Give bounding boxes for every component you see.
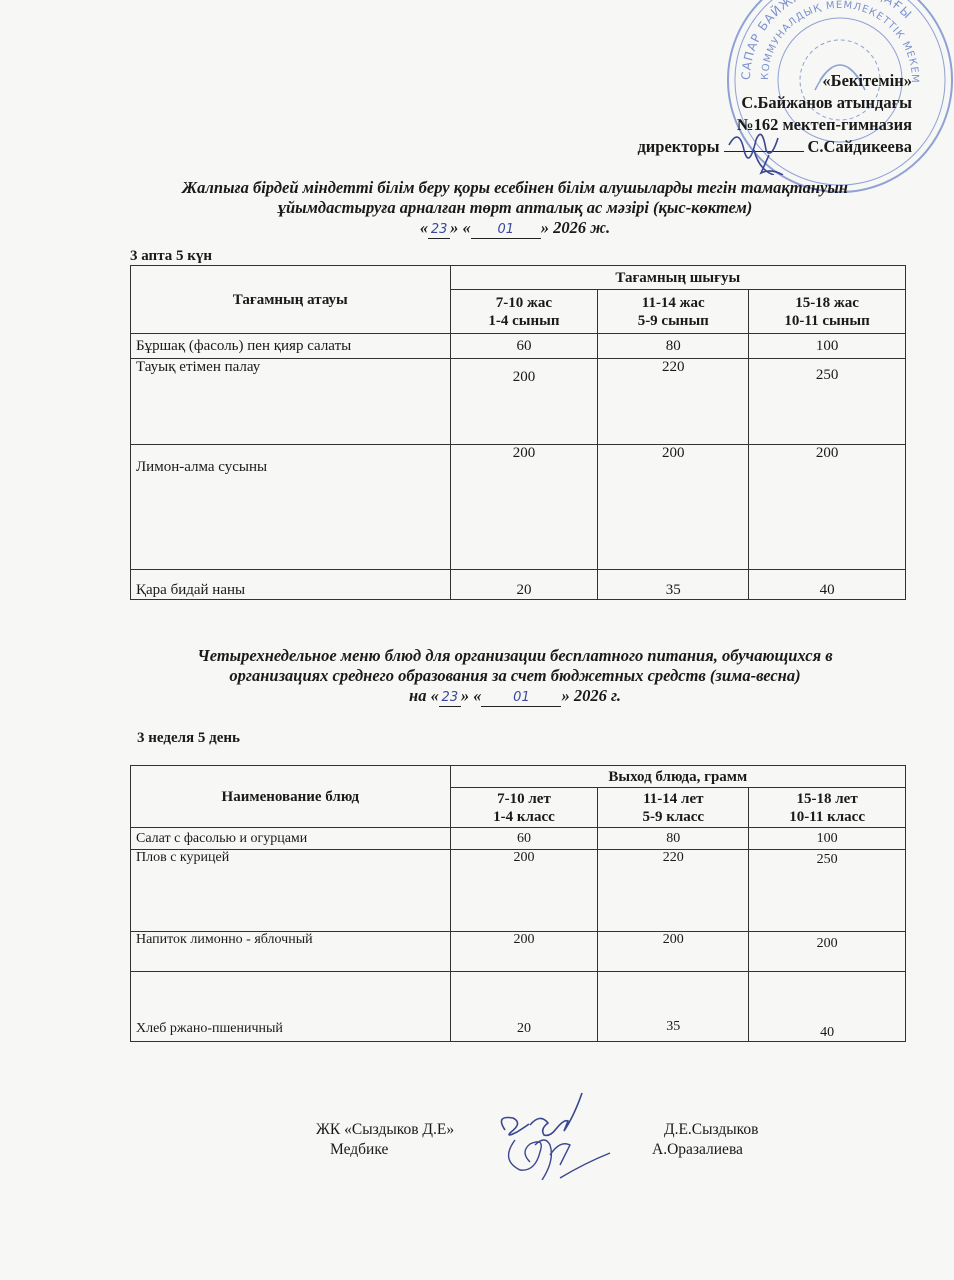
kazakh-week-day: 3 апта 5 күн: [130, 248, 212, 265]
russian-date: на «23» «01» 2026 г.: [120, 686, 910, 707]
table-row: Қара бидай наны 20 35 40: [131, 570, 906, 600]
col-age-15-18: 15-18 жас10-11 сынып: [749, 290, 906, 334]
russian-week-day: 3 неделя 5 день: [137, 730, 240, 747]
russian-menu-table: Наименование блюд Выход блюда, грамм 7-1…: [130, 765, 906, 1042]
portion-value: 40: [749, 570, 906, 600]
russian-title-line-1: Четырехнедельное меню блюд для организац…: [120, 646, 910, 666]
kazakh-menu-table: Тағамның атауы Тағамның шығуы 7-10 жас1-…: [130, 265, 906, 600]
col-age-15-18: 15-18 лет10-11 класс: [749, 788, 906, 828]
col-age-11-14: 11-14 лет5-9 класс: [598, 788, 749, 828]
table-row: Напиток лимонно - яблочный 200 200 200: [131, 932, 906, 972]
dish-name: Тауық етімен палау: [131, 359, 451, 445]
table-row: Плов с курицей 200 220 250: [131, 850, 906, 932]
footer-org: ЖК «Сыздыков Д.Е»: [316, 1120, 454, 1140]
russian-title-line-2: организациях среднего образования за сче…: [120, 666, 910, 686]
portion-value: 60: [450, 334, 598, 359]
portion-value: 60: [450, 828, 598, 850]
portion-value: 200: [450, 850, 598, 932]
table-row: Хлеб ржано-пшеничный 20 35 40: [131, 972, 906, 1042]
date-quote: » «: [450, 218, 471, 237]
kazakh-title: Жалпыға бірдей міндетті білім беру қоры …: [120, 178, 910, 239]
table-row: Салат с фасолью и огурцами 60 80 100: [131, 828, 906, 850]
approval-heading: «Бекітемін»: [637, 70, 912, 92]
portion-value: 80: [598, 334, 749, 359]
portion-value: 35: [598, 972, 749, 1042]
kazakh-title-line-1: Жалпыға бірдей міндетті білім беру қоры …: [120, 178, 910, 198]
portion-value: 200: [749, 932, 906, 972]
kazakh-title-line-2: ұйымдастыруға арналған төрт апталық ас м…: [120, 198, 910, 218]
dish-name: Лимон-алма сусыны: [131, 445, 451, 570]
dish-name: Қара бидай наны: [131, 570, 451, 600]
kazakh-date: «23» «01» 2026 ж.: [120, 218, 910, 239]
approval-director-name: С.Сайдикеева: [808, 137, 912, 156]
portion-value: 200: [450, 359, 598, 445]
footer-left: ЖК «Сыздыков Д.Е» Медбике: [316, 1120, 454, 1160]
date-quote: » «: [461, 686, 482, 705]
col-output-group: Тағамның шығуы: [450, 266, 905, 290]
kazakh-date-day: 23: [428, 222, 450, 239]
portion-value: 100: [749, 334, 906, 359]
russian-title: Четырехнедельное меню блюд для организац…: [120, 646, 910, 707]
col-age-11-14: 11-14 жас5-9 сынып: [598, 290, 749, 334]
col-age-7-10: 7-10 лет1-4 класс: [450, 788, 598, 828]
approval-school-name: С.Байжанов атындағы: [637, 92, 912, 114]
kazakh-date-month: 01: [471, 222, 541, 239]
portion-value: 250: [749, 850, 906, 932]
russian-date-day: 23: [439, 690, 461, 707]
dish-name: Салат с фасолью и огурцами: [131, 828, 451, 850]
portion-value: 200: [450, 932, 598, 972]
col-dish-name: Тағамның атауы: [131, 266, 451, 334]
footer-right: Д.Е.Сыздыков А.Оразалиева: [652, 1120, 759, 1160]
date-prefix: на «: [409, 686, 439, 705]
table-row: Бұршақ (фасоль) пен қияр салаты 60 80 10…: [131, 334, 906, 359]
dish-name: Хлеб ржано-пшеничный: [131, 972, 451, 1042]
approval-director-label: директоры: [637, 137, 719, 156]
portion-value: 100: [749, 828, 906, 850]
date-year: » 2026 ж.: [541, 218, 610, 237]
russian-date-month: 01: [481, 690, 561, 707]
dish-name: Бұршақ (фасоль) пен қияр салаты: [131, 334, 451, 359]
footer-signer-2: А.Оразалиева: [652, 1140, 759, 1160]
portion-value: 200: [598, 932, 749, 972]
portion-value: 35: [598, 570, 749, 600]
footer-signature: [490, 1090, 630, 1180]
footer-role: Медбике: [316, 1140, 454, 1160]
date-quote: «: [420, 218, 428, 237]
date-year: » 2026 г.: [561, 686, 621, 705]
portion-value: 200: [749, 445, 906, 570]
approval-block: «Бекітемін» С.Байжанов атындағы №162 мек…: [637, 70, 912, 158]
col-age-7-10: 7-10 жас1-4 сынып: [450, 290, 598, 334]
portion-value: 220: [598, 359, 749, 445]
table-row: Лимон-алма сусыны 200 200 200: [131, 445, 906, 570]
approval-director-line: директорыС.Сайдикеева: [637, 136, 912, 158]
table-row: Тауық етімен палау 200 220 250: [131, 359, 906, 445]
footer-signer-1: Д.Е.Сыздыков: [652, 1120, 759, 1140]
dish-name: Плов с курицей: [131, 850, 451, 932]
portion-value: 80: [598, 828, 749, 850]
portion-value: 250: [749, 359, 906, 445]
col-dish-name: Наименование блюд: [131, 766, 451, 828]
col-output-group: Выход блюда, грамм: [450, 766, 905, 788]
director-signature: [724, 137, 804, 152]
portion-value: 20: [450, 972, 598, 1042]
portion-value: 200: [598, 445, 749, 570]
portion-value: 20: [450, 570, 598, 600]
portion-value: 40: [749, 972, 906, 1042]
dish-name: Напиток лимонно - яблочный: [131, 932, 451, 972]
portion-value: 200: [450, 445, 598, 570]
portion-value: 220: [598, 850, 749, 932]
